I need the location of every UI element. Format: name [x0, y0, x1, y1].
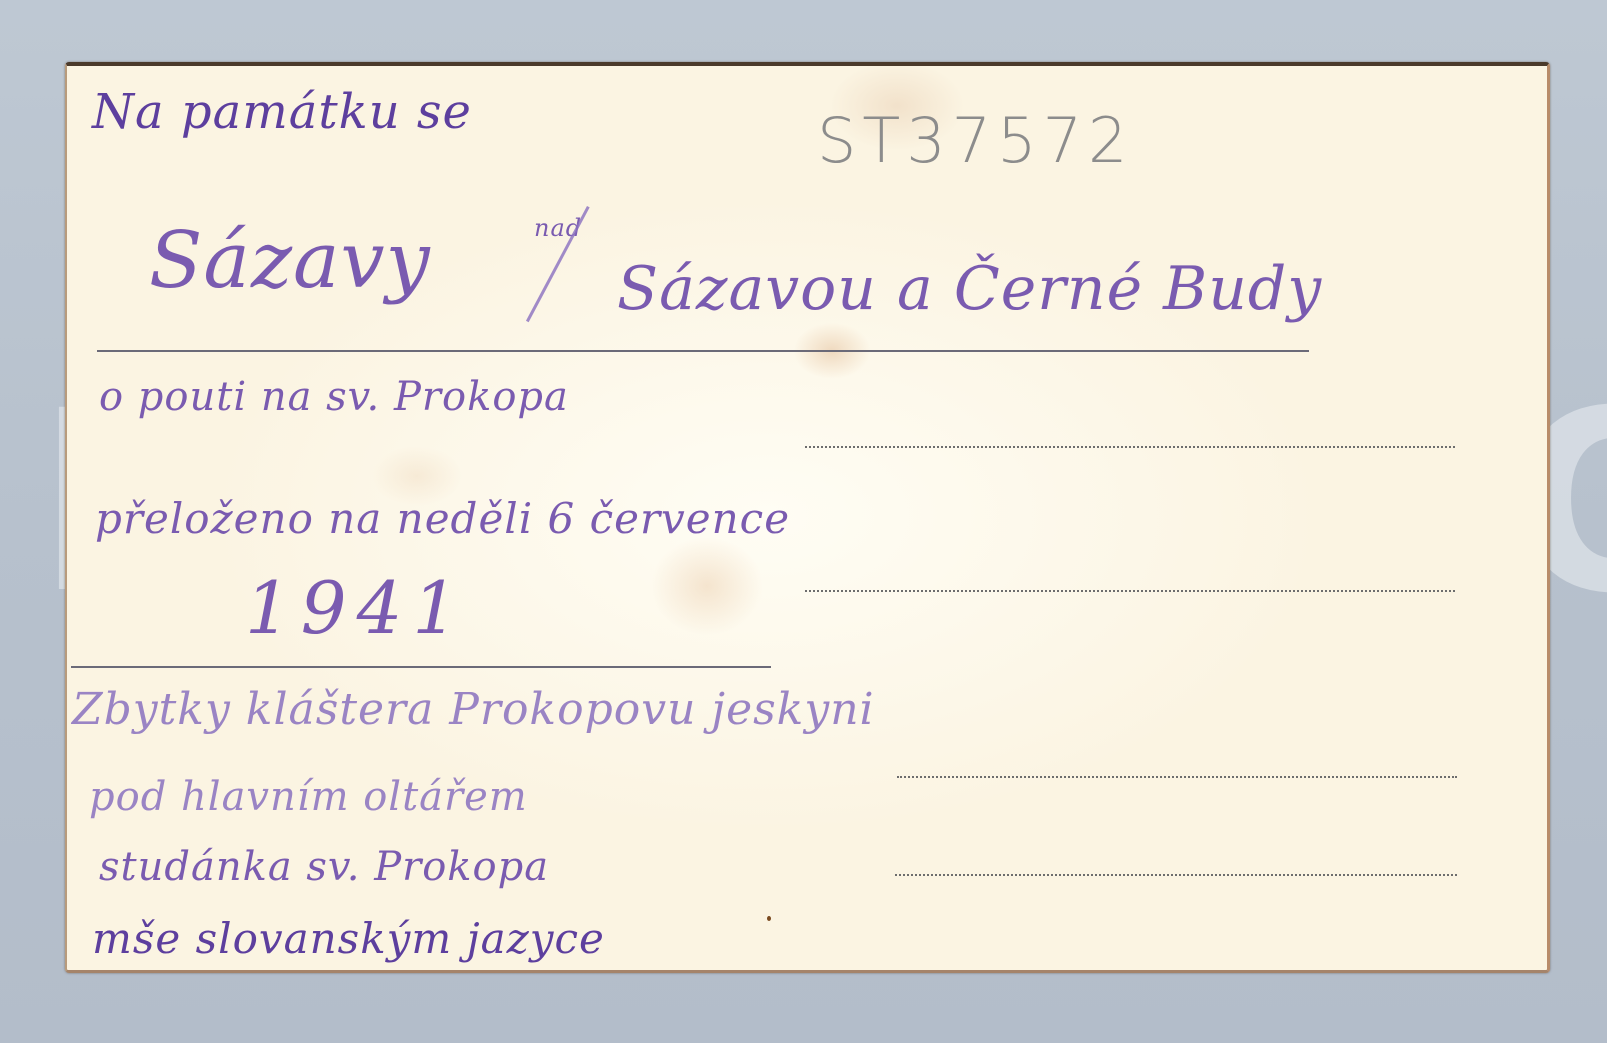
- description-line-1: Zbytky kláštera Prokopovu jeskyni: [72, 684, 875, 735]
- description-line-4: mše slovanským jazyce: [92, 914, 605, 963]
- description-line-3: studánka sv. Prokopa: [99, 844, 549, 890]
- year: 1941: [245, 566, 468, 650]
- lower-rule: [71, 666, 771, 668]
- ink-speck: [767, 916, 771, 921]
- upper-rule: [97, 350, 1309, 352]
- address-line-2: [805, 590, 1455, 592]
- body-line-1: o pouti na sv. Prokopa: [99, 374, 569, 420]
- place-continuation: Sázavou a Černé Budy: [617, 254, 1322, 324]
- address-line-1: [805, 446, 1455, 448]
- place-main: Sázavy: [149, 216, 431, 306]
- postcard-back: Na památku se ST37572 Sázavy nad Sázavou…: [65, 62, 1550, 973]
- address-line-4: [895, 874, 1457, 876]
- inventory-code: ST37572: [817, 104, 1133, 177]
- body-line-2: přeloženo na neděli 6 července: [95, 494, 790, 543]
- address-line-3: [897, 776, 1457, 778]
- heading-line: Na památku se: [92, 84, 472, 140]
- description-line-2: pod hlavním oltářem: [89, 774, 528, 820]
